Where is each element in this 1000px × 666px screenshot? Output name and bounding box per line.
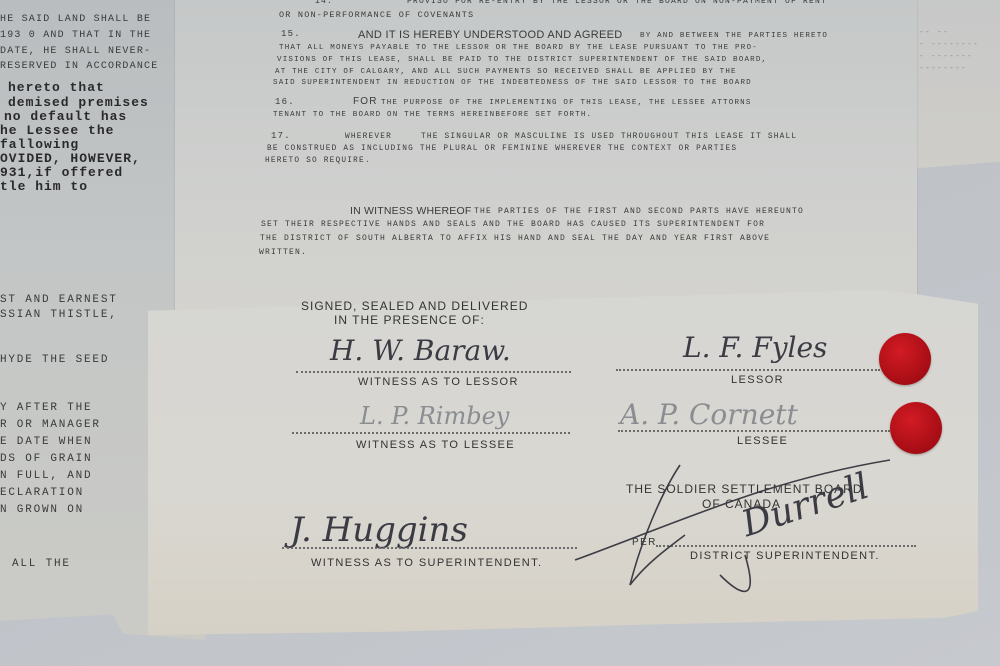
left-text-line: DS OF GRAIN [0, 453, 92, 465]
left-text-line: HYDE THE SEED [0, 354, 109, 366]
witness-lessor-label: WITNESS AS TO LESSOR [358, 376, 519, 388]
presence-heading: IN THE PRESENCE OF: [334, 313, 485, 327]
left-bold-line: he Lessee the [0, 123, 114, 138]
lessee-signature: A. P. Cornett [620, 398, 798, 431]
clause-15-line: AT THE CITY OF CALGARY, AND ALL SUCH PAY… [275, 68, 737, 76]
witness-clause-line: WRITTEN. [259, 248, 307, 257]
clause-14-line: OR NON-PERFORMANCE OF COVENANTS [279, 10, 474, 20]
left-bold-line: hereto that [8, 80, 105, 95]
clause-16-line: TENANT TO THE BOARD ON THE TERMS HEREINB… [273, 111, 592, 119]
left-text-line: DATE, HE SHALL NEVER- [0, 46, 151, 57]
left-bold-line: tle him to [0, 179, 88, 194]
clause-16-line: THE PURPOSE OF THE IMPLEMENTING OF THIS … [381, 99, 752, 107]
signature-line [616, 369, 880, 371]
left-text-line: N GROWN ON [0, 504, 84, 516]
left-bold-line: fallowing [0, 137, 79, 152]
signature-flourish [570, 455, 900, 615]
signature-line [296, 371, 571, 373]
clause-17-line: BE CONSTRUED AS INCLUDING THE PLURAL OR … [267, 145, 737, 153]
witness-clause-lead: IN WITNESS WHEREOF [350, 205, 471, 217]
left-bold-line: 931,if offered [0, 165, 123, 180]
left-text-line: N FULL, AND [0, 470, 92, 482]
lessor-label: LESSOR [731, 374, 784, 386]
clause-17-line: THE SINGULAR OR MASCULINE IS USED THROUG… [421, 133, 797, 141]
lessor-signature: L. F. Fyles [683, 331, 827, 364]
clause-15-line: SAID SUPERINTENDENT IN REDUCTION OF THE … [273, 79, 752, 87]
clause-17-line: HERETO SO REQUIRE. [265, 157, 371, 165]
left-text-line: Y AFTER THE [0, 402, 92, 414]
left-text-line: E DATE WHEN [0, 436, 92, 448]
left-text-line: 193 0 AND THAT IN THE [0, 30, 151, 41]
witness-lessee-signature: L. P. Rimbey [360, 402, 509, 430]
clause-17-lead: WHEREVER [345, 133, 392, 141]
clause-14-line: PROVISO FOR RE-ENTRY BY THE LESSOR OR TH… [407, 0, 827, 6]
wax-seal-lessee [890, 402, 942, 454]
left-bold-line: demised premises [8, 95, 149, 110]
left-text-line: SSIAN THISTLE, [0, 309, 118, 321]
clause-14-number: 14. [315, 0, 333, 6]
clause-16-number: 16. [275, 97, 295, 107]
clause-15-line: THAT ALL MONEYS PAYABLE TO THE LESSOR OR… [279, 44, 758, 52]
lease-page: 14. PROVISO FOR RE-ENTRY BY THE LESSOR O… [175, 0, 917, 320]
left-bold-line: OVIDED, HOWEVER, [0, 151, 141, 166]
witness-clause-line: THE DISTRICT OF SOUTH ALBERTA TO AFFIX H… [260, 234, 770, 243]
lessee-label: LESSEE [737, 435, 788, 447]
signature-line [618, 430, 890, 432]
clause-15-line: BY AND BETWEEN THE PARTIES HERETO [640, 32, 828, 40]
left-text-line: ECLARATION [0, 487, 84, 499]
witness-superintendent-label: WITNESS AS TO SUPERINTENDENT. [311, 557, 543, 569]
left-bold-line: no default has [4, 109, 127, 124]
clause-16-lead: FOR [353, 96, 378, 107]
left-text-line: RESERVED IN ACCORDANCE [0, 61, 158, 72]
witness-superintendent-signature: J. Huggins [290, 510, 468, 550]
clause-15-number: 15. [281, 29, 301, 39]
left-text-line: HE SAID LAND SHALL BE [0, 14, 151, 25]
signature-line [282, 547, 577, 549]
wax-seal-lessor [879, 333, 931, 385]
left-text-line: ALL THE [12, 558, 71, 570]
signature-line [292, 432, 570, 434]
left-text-line: ST AND EARNEST [0, 294, 118, 306]
witness-clause-line: SET THEIR RESPECTIVE HANDS AND SEALS AND… [261, 220, 765, 229]
witness-clause-line: THE PARTIES OF THE FIRST AND SECOND PART… [474, 207, 804, 216]
signed-sealed-heading: SIGNED, SEALED AND DELIVERED [301, 299, 528, 313]
clause-17-number: 17. [271, 131, 291, 141]
clause-15-lead: AND IT IS HEREBY UNDERSTOOD AND AGREED [358, 29, 622, 41]
clause-15-line: VISIONS OF THIS LEASE, SHALL BE PAID TO … [277, 56, 767, 64]
witness-lessor-signature: H. W. Baraw. [330, 334, 511, 367]
left-text-line: R OR MANAGER [0, 419, 101, 431]
witness-lessee-label: WITNESS AS TO LESSEE [356, 439, 515, 451]
